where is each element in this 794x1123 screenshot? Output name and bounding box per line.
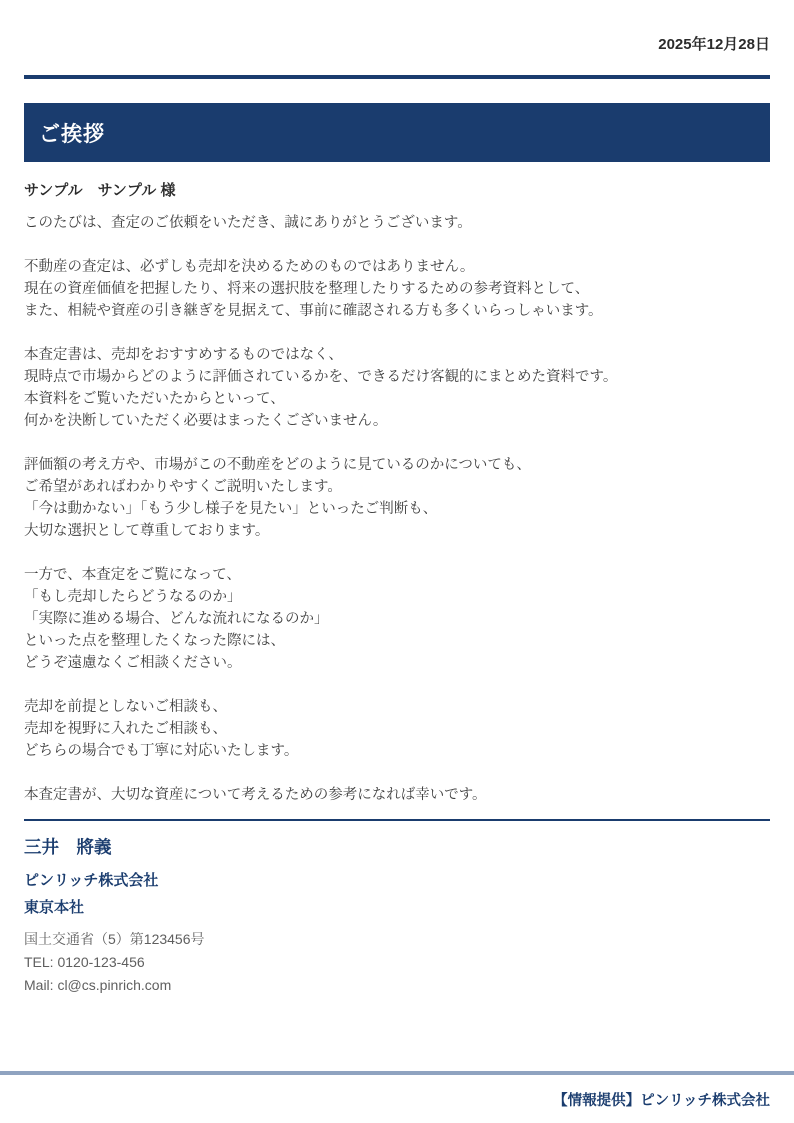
email-address: Mail: cl@cs.pinrich.com [24, 974, 770, 997]
document-page: 2025年12月28日 ご挨拶 サンプル サンプル 様 このたびは、査定のご依頼… [0, 0, 794, 1123]
body-line: ご希望があればわかりやすくご説明いたします。 [24, 476, 770, 498]
paragraph: 本査定書は、売却をおすすめするものではなく、 現時点で市場からどのように評価され… [24, 344, 770, 432]
top-divider [24, 75, 770, 79]
footer-divider [0, 1071, 794, 1075]
body-line: 本査定書が、大切な資産について考えるための参考になれば幸いです。 [24, 784, 770, 806]
body-line: 売却を前提としないご相談も、 [24, 696, 770, 718]
body-line: 一方で、本査定をご覧になって、 [24, 564, 770, 586]
body-line: 何かを決断していただく必要はまったくございません。 [24, 410, 770, 432]
body-line: 現在の資産価値を把握したり、将来の選択肢を整理したりするための参考資料として、 [24, 278, 770, 300]
body-line: 「今は動かない」「もう少し様子を見たい」といったご判断も、 [24, 498, 770, 520]
signature-divider [24, 819, 770, 821]
body-line: 不動産の査定は、必ずしも売却を決めるためのものではありません。 [24, 256, 770, 278]
company-block: ピンリッチ株式会社 東京本社 [24, 867, 770, 921]
body-line: 「もし売却したらどうなるのか」 [24, 586, 770, 608]
footer-credit: 【情報提供】ピンリッチ株式会社 [553, 1089, 770, 1110]
contact-block: 国土交通省（5）第123456号 TEL: 0120-123-456 Mail:… [24, 928, 770, 997]
paragraph: 売却を前提としないご相談も、 売却を視野に入れたご相談も、 どちらの場合でも丁寧… [24, 696, 770, 762]
body-line: といった点を整理したくなった際には、 [24, 630, 770, 652]
company-name: ピンリッチ株式会社 [24, 867, 770, 894]
agent-name: 三井 將義 [24, 836, 770, 858]
document-date: 2025年12月28日 [24, 0, 770, 54]
body-line: 売却を視野に入れたご相談も、 [24, 718, 770, 740]
license-number: 国土交通省（5）第123456号 [24, 928, 770, 951]
paragraph: 評価額の考え方や、市場がこの不動産をどのように見ているのかについても、 ご希望が… [24, 454, 770, 542]
body-line: どうぞ遠慮なくご相談ください。 [24, 652, 770, 674]
recipient-name: サンプル サンプル 様 [24, 181, 770, 200]
paragraph: 本査定書が、大切な資産について考えるための参考になれば幸いです。 [24, 784, 770, 806]
paragraph: 不動産の査定は、必ずしも売却を決めるためのものではありません。 現在の資産価値を… [24, 256, 770, 322]
phone-number: TEL: 0120-123-456 [24, 951, 770, 974]
office-name: 東京本社 [24, 894, 770, 921]
body-line: 現時点で市場からどのように評価されているかを、できるだけ客観的にまとめた資料です… [24, 366, 770, 388]
section-header-bar: ご挨拶 [24, 103, 770, 162]
paragraph: 一方で、本査定をご覧になって、 「もし売却したらどうなるのか」 「実際に進める場… [24, 564, 770, 674]
body-line: 本資料をご覧いただいたからといって、 [24, 388, 770, 410]
body-line: 「実際に進める場合、どんな流れになるのか」 [24, 608, 770, 630]
page-content: 2025年12月28日 ご挨拶 サンプル サンプル 様 このたびは、査定のご依頼… [0, 0, 794, 997]
paragraph: このたびは、査定のご依頼をいただき、誠にありがとうございます。 [24, 212, 770, 234]
page-title: ご挨拶 [39, 118, 105, 148]
letter-body: このたびは、査定のご依頼をいただき、誠にありがとうございます。 不動産の査定は、… [24, 212, 770, 806]
body-line: 大切な選択として尊重しております。 [24, 520, 770, 542]
body-line: どちらの場合でも丁寧に対応いたします。 [24, 740, 770, 762]
body-line: このたびは、査定のご依頼をいただき、誠にありがとうございます。 [24, 212, 770, 234]
body-line: 評価額の考え方や、市場がこの不動産をどのように見ているのかについても、 [24, 454, 770, 476]
body-line: また、相続や資産の引き継ぎを見据えて、事前に確認される方も多くいらっしゃいます。 [24, 300, 770, 322]
body-line: 本査定書は、売却をおすすめするものではなく、 [24, 344, 770, 366]
